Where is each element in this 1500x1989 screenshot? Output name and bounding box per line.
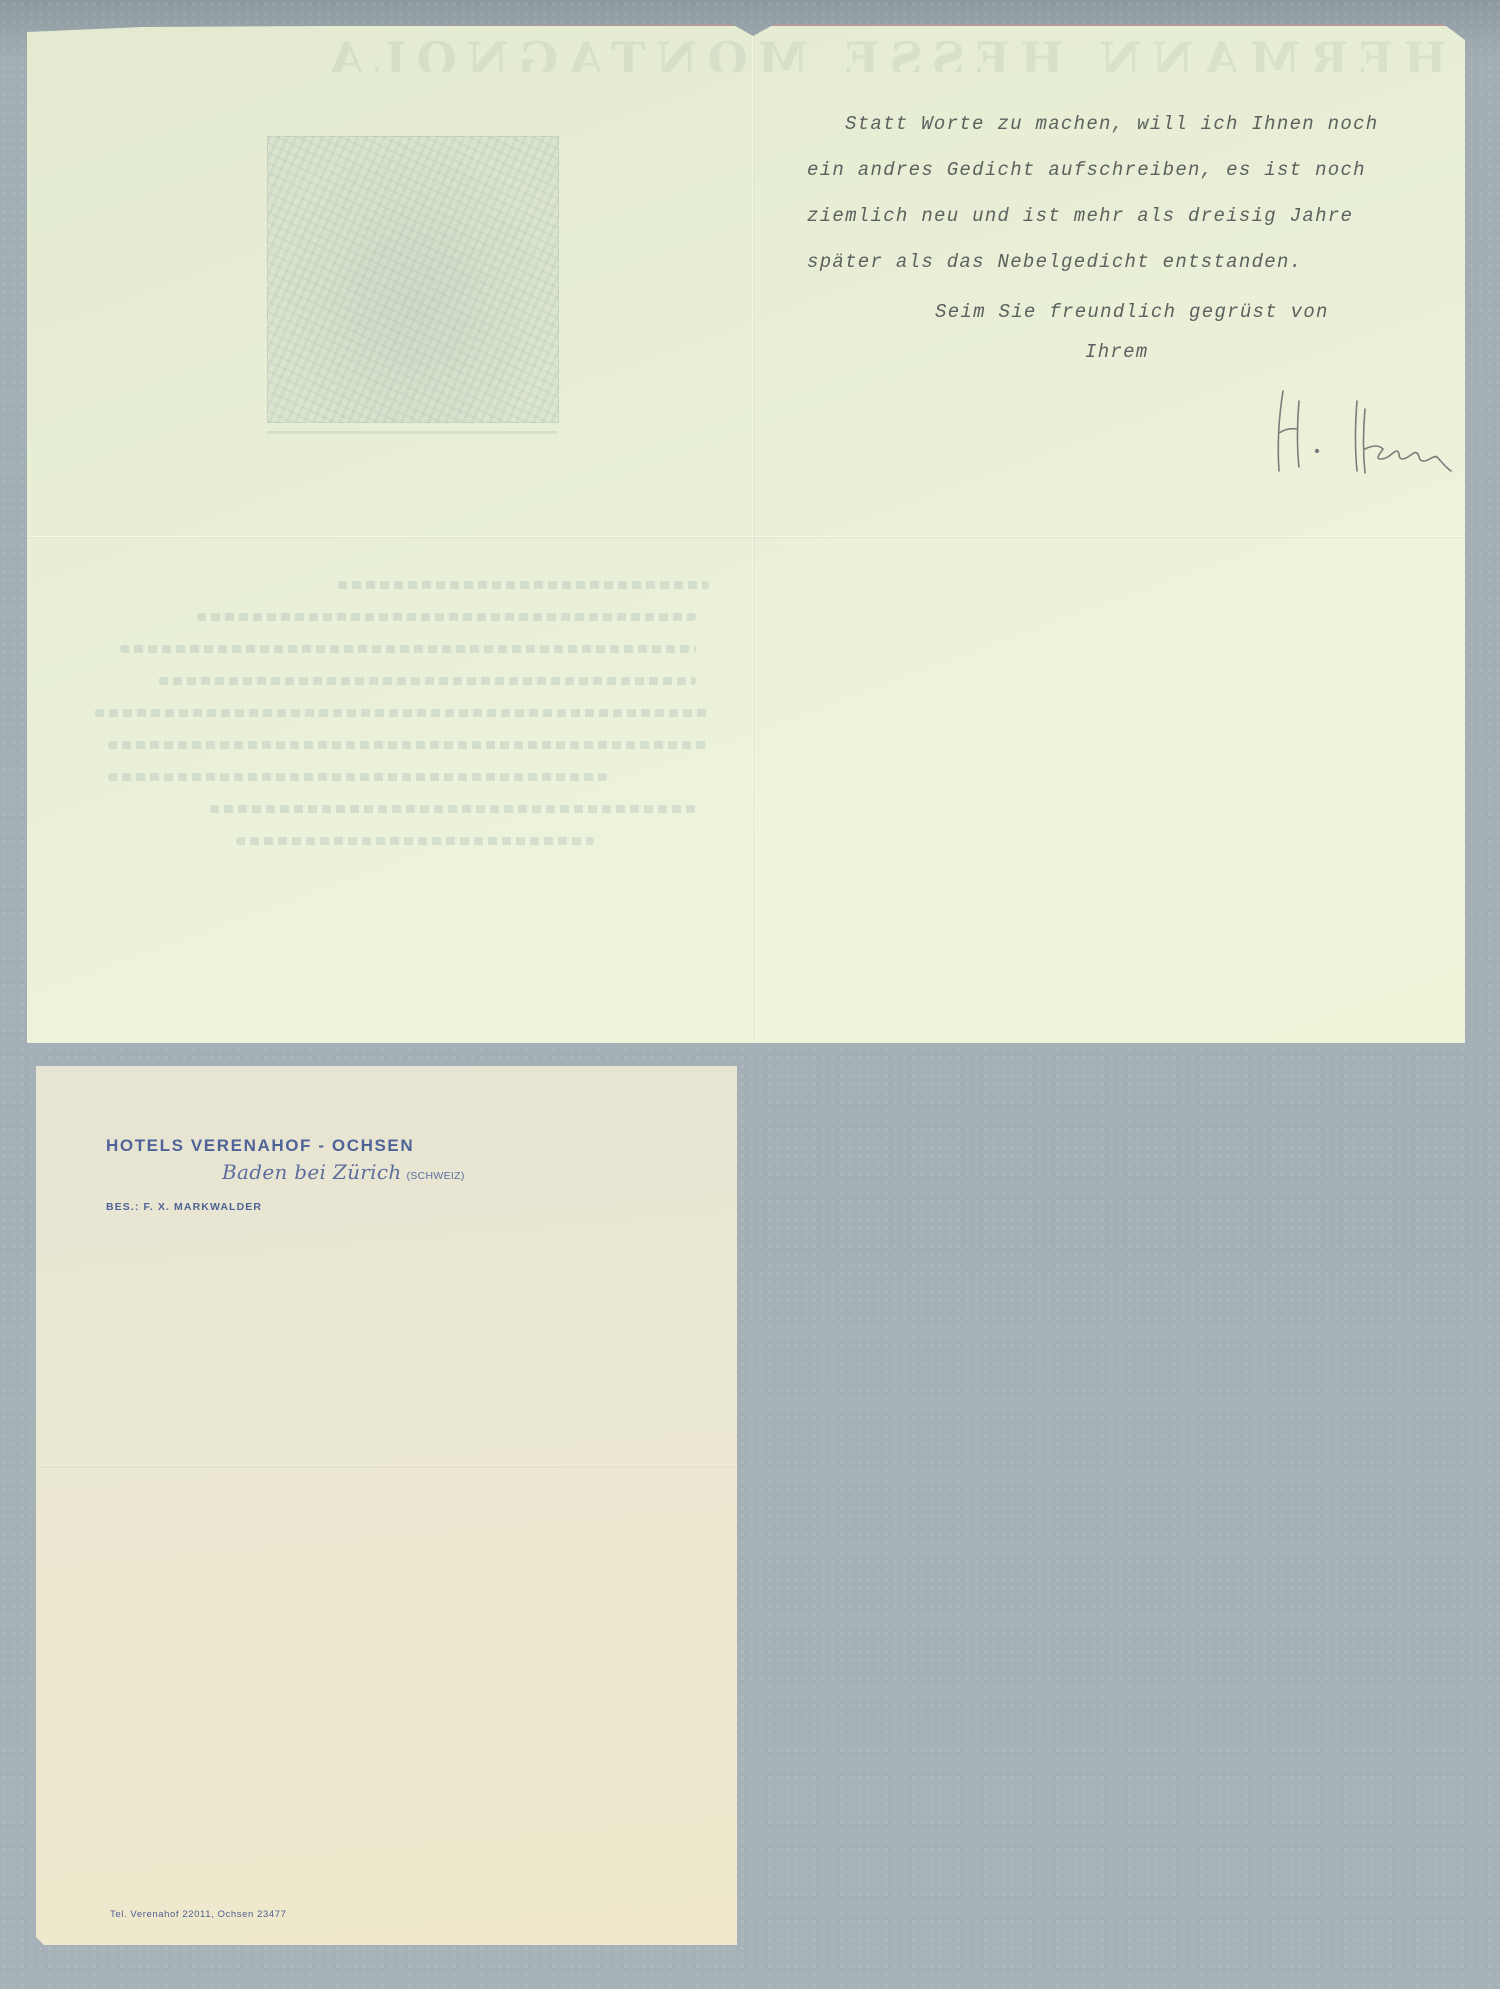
show-through-typed-text [82,581,722,869]
hotel-owner: BES.: F. X. MARKWALDER [106,1201,262,1213]
show-through-line [108,741,710,749]
show-through-line [159,677,697,685]
hotel-location: Baden bei Zürich(SCHWEIZ) [222,1160,465,1184]
show-through-line [236,837,594,845]
typed-line-3: ziemlich neu und ist mehr als dreisig Ja… [807,193,1447,239]
hotel-name: HOTELS VERENAHOF - OCHSEN [106,1136,414,1156]
hotel-letterhead-sheet: HOTELS VERENAHOF - OCHSEN Baden bei Züri… [36,1066,737,1945]
show-through-line [338,581,709,589]
horizontal-fold-crease [27,536,1465,538]
typed-letter-sheet: HERMANN HESSE MONTAGNOLA Statt Worte zu … [27,24,1465,1043]
show-through-line [197,613,696,621]
vertical-fold-crease [752,26,754,1043]
show-through-line [210,805,696,813]
typed-line-2: ein andres Gedicht aufschreiben, es ist … [807,147,1447,193]
show-through-line [95,709,709,717]
hotel-location-country: (SCHWEIZ) [407,1170,465,1182]
woodcut-caption-show-through [267,431,557,434]
hotel-phone-numbers: Tel. Verenahof 22011, Ochsen 23477 [110,1909,287,1920]
letter-closing-name: Ihrem [807,329,1447,375]
show-through-letterhead: HERMANN HESSE MONTAGNOLA [47,32,1447,72]
typed-line-1: Statt Worte zu machen, will ich Ihnen no… [807,101,1447,147]
woodcut-illustration-show-through [267,136,559,423]
show-through-line [120,645,696,653]
signature-icon [1265,371,1465,481]
typed-line-4: später als das Nebelgedicht entstanden. [807,239,1447,285]
horizontal-fold-crease [36,1465,737,1467]
typed-letter-body: Statt Worte zu machen, will ich Ihnen no… [807,101,1447,375]
hotel-location-city: Baden bei Zürich [222,1160,402,1184]
show-through-line [108,773,607,781]
handwritten-signature [1265,371,1465,481]
